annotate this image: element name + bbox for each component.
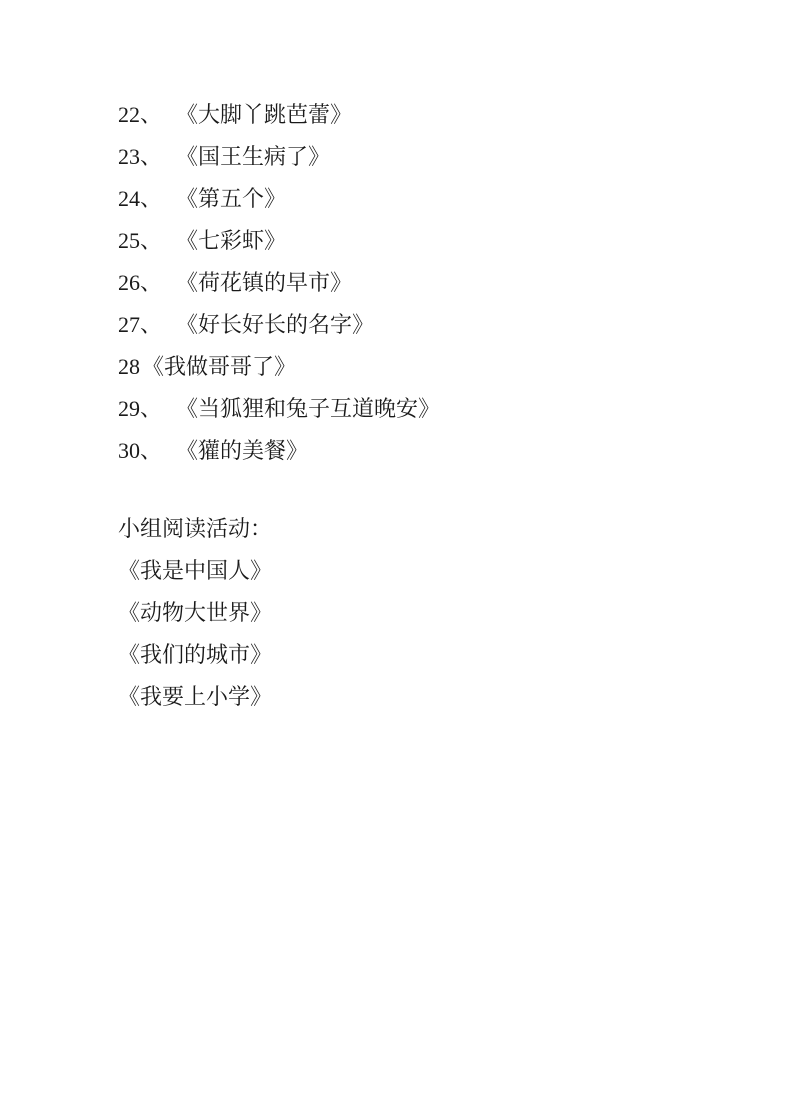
book-item-title: 《国王生病了》 (176, 144, 330, 169)
book-item-number: 25、 (118, 220, 162, 262)
book-item-number: 26、 (118, 262, 162, 304)
section-gap (118, 472, 732, 508)
book-item-title: 《獾的美餐》 (176, 438, 308, 463)
group-reading-title: 《我要上小学》 (118, 676, 732, 718)
book-item-number: 27、 (118, 304, 162, 346)
book-item-title: 《第五个》 (176, 186, 286, 211)
book-list-item: 28《我做哥哥了》 (118, 346, 732, 388)
book-item-number: 30、 (118, 430, 162, 472)
book-item-number: 28 (118, 346, 140, 388)
book-item-number: 22、 (118, 94, 162, 136)
book-list-item: 26、《荷花镇的早市》 (118, 262, 732, 304)
book-item-number: 29、 (118, 388, 162, 430)
document-page: 22、《大脚丫跳芭蕾》 23、《国王生病了》 24、《第五个》 25、《七彩虾》… (0, 0, 792, 1120)
book-item-title: 《七彩虾》 (176, 228, 286, 253)
book-item-number: 23、 (118, 136, 162, 178)
book-list-item: 27、《好长好长的名字》 (118, 304, 732, 346)
book-item-title: 《荷花镇的早市》 (176, 270, 352, 295)
book-item-title: 《大脚丫跳芭蕾》 (176, 102, 352, 127)
book-item-number: 24、 (118, 178, 162, 220)
group-reading-title: 《动物大世界》 (118, 592, 732, 634)
book-list-item: 24、《第五个》 (118, 178, 732, 220)
book-item-title: 《我做哥哥了》 (142, 354, 296, 379)
book-list-item: 23、《国王生病了》 (118, 136, 732, 178)
group-reading-title: 《我们的城市》 (118, 634, 732, 676)
document-body: 22、《大脚丫跳芭蕾》 23、《国王生病了》 24、《第五个》 25、《七彩虾》… (0, 0, 792, 718)
book-item-title: 《当狐狸和兔子互道晚安》 (176, 396, 440, 421)
book-list-item: 29、《当狐狸和兔子互道晚安》 (118, 388, 732, 430)
book-list-item: 25、《七彩虾》 (118, 220, 732, 262)
book-item-title: 《好长好长的名字》 (176, 312, 374, 337)
book-list-item: 30、《獾的美餐》 (118, 430, 732, 472)
group-reading-title: 《我是中国人》 (118, 550, 732, 592)
book-list-item: 22、《大脚丫跳芭蕾》 (118, 94, 732, 136)
group-reading-heading: 小组阅读活动： (118, 508, 732, 550)
